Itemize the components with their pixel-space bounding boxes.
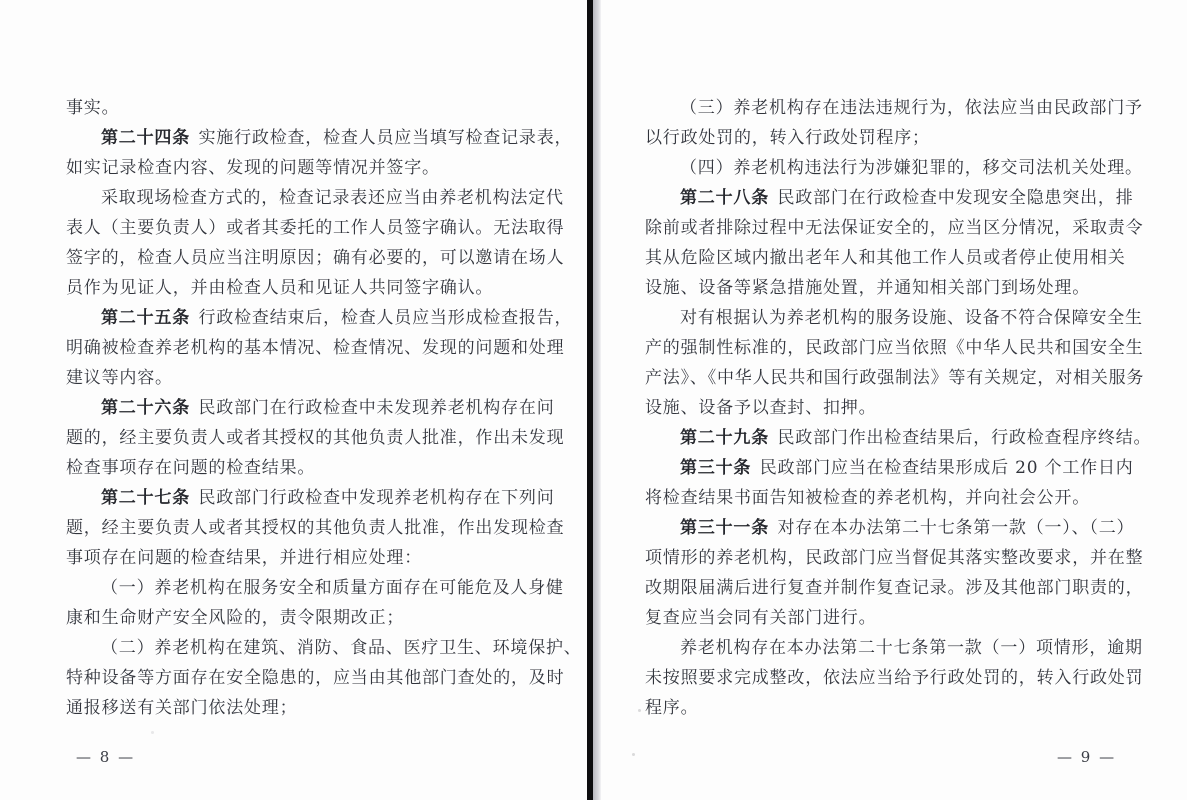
text-line: 康和生命财产安全风险的，责令限期改正； xyxy=(66,603,530,633)
line-text: （四）养老机构违法行为涉嫌犯罪的，移交司法机关处理。 xyxy=(680,158,1143,178)
text-line: 产的强制性标准的，民政部门应当依照《中华人民共和国安全生 xyxy=(645,333,1123,363)
line-text: 未按照要求完成整改，依法应当给予行政处罚的，转入行政处罚 xyxy=(645,668,1143,688)
text-line: 未按照要求完成整改，依法应当给予行政处罚的，转入行政处罚 xyxy=(645,663,1123,693)
article-number: 第二十五条 xyxy=(101,308,190,328)
line-text: 民政部门行政检查中发现养老机构存在下列问 xyxy=(199,488,555,508)
line-text: 明确被检查养老机构的基本情况、检查情况、发现的问题和处理 xyxy=(66,338,564,358)
line-text: 行政检查结束后，检查人员应当形成检查报告， xyxy=(199,308,573,328)
text-line: 养老机构存在本办法第二十七条第一款（一）项情形，逾期 xyxy=(645,633,1123,663)
line-text: 产的强制性标准的，民政部门应当依照《中华人民共和国安全生 xyxy=(645,338,1143,358)
line-text: 员作为见证人，并由检查人员和见证人共同签字确认。 xyxy=(66,278,493,298)
scan-speck xyxy=(638,709,641,712)
page-9: （三）养老机构存在违法违规行为，依法应当由民政部门予以行政处罚的，转入行政处罚程… xyxy=(601,0,1187,800)
text-line: 程序。 xyxy=(645,693,1123,723)
text-line: 通报移送有关部门依法处理； xyxy=(66,693,530,723)
line-text: 设施、设备等紧急措施处置，并通知相关部门到场处理。 xyxy=(645,278,1090,298)
text-line: 第三十条民政部门应当在检查结果形成后 20 个工作日内 xyxy=(645,453,1123,483)
text-line: 题的，经主要负责人或者其授权的其他负责人批准，作出未发现 xyxy=(66,423,530,453)
line-text: 民政部门应当在检查结果形成后 20 个工作日内 xyxy=(760,458,1134,478)
line-text: 民政部门作出检查结果后，行政检查程序终结。 xyxy=(778,428,1152,448)
text-line: 明确被检查养老机构的基本情况、检查情况、发现的问题和处理 xyxy=(66,333,530,363)
text-line: 表人（主要负责人）或者其委托的工作人员签字确认。无法取得 xyxy=(66,213,530,243)
line-text: 题的，经主要负责人或者其授权的其他负责人批准，作出未发现 xyxy=(66,428,564,448)
book-gutter-shadow xyxy=(593,0,601,800)
text-line: 签字的，检查人员应当注明原因；确有必要的，可以邀请在场人 xyxy=(66,243,530,273)
line-text: 以行政处罚的，转入行政处罚程序； xyxy=(645,128,930,148)
text-line: 第二十六条民政部门在行政检查中未发现养老机构存在问 xyxy=(66,393,530,423)
line-text: （三）养老机构存在违法违规行为，依法应当由民政部门予 xyxy=(680,98,1143,118)
line-text: 实施行政检查，检查人员应当填写检查记录表， xyxy=(199,128,573,148)
page-8-text-block: 事实。第二十四条实施行政检查，检查人员应当填写检查记录表，如实记录检查内容、发现… xyxy=(66,93,530,723)
line-text: 对存在本办法第二十七条第一款（一）、（二） xyxy=(778,518,1135,538)
article-number: 第二十七条 xyxy=(101,488,190,508)
text-line: 如实记录检查内容、发现的问题等情况并签字。 xyxy=(66,153,530,183)
article-number: 第三十一条 xyxy=(680,518,769,538)
text-line: 第二十四条实施行政检查，检查人员应当填写检查记录表， xyxy=(66,123,530,153)
text-line: 其从危险区域内撤出老年人和其他工作人员或者停止使用相关 xyxy=(645,243,1123,273)
text-line: 第二十八条民政部门在行政检查中发现安全隐患突出，排 xyxy=(645,183,1123,213)
text-line: 第二十九条民政部门作出检查结果后，行政检查程序终结。 xyxy=(645,423,1123,453)
line-text: 复查应当会同有关部门进行。 xyxy=(645,608,876,628)
scan-speck xyxy=(151,731,154,734)
article-number: 第二十八条 xyxy=(680,188,769,208)
text-line: 复查应当会同有关部门进行。 xyxy=(645,603,1123,633)
line-text: 签字的，检查人员应当注明原因；确有必要的，可以邀请在场人 xyxy=(66,248,564,268)
text-line: 除前或者排除过程中无法保证安全的，应当区分情况，采取责令 xyxy=(645,213,1123,243)
text-line: 项情形的养老机构，民政部门应当督促其落实整改要求，并在整 xyxy=(645,543,1123,573)
article-number: 第二十六条 xyxy=(101,398,190,418)
line-text: 养老机构存在本办法第二十七条第一款（一）项情形，逾期 xyxy=(680,638,1143,658)
line-text: 事实。 xyxy=(66,98,119,118)
text-line: 对有根据认为养老机构的服务设施、设备不符合保障安全生 xyxy=(645,303,1123,333)
line-text: 产法》、《中华人民共和国行政强制法》等有关规定，对相关服务 xyxy=(645,368,1144,388)
text-line: 产法》、《中华人民共和国行政强制法》等有关规定，对相关服务 xyxy=(645,363,1123,393)
line-text: 项情形的养老机构，民政部门应当督促其落实整改要求，并在整 xyxy=(645,548,1143,568)
line-text: 采取现场检查方式的，检查记录表还应当由养老机构法定代 xyxy=(101,188,564,208)
line-text: 设施、设备予以查封、扣押。 xyxy=(645,398,876,418)
article-number: 第二十九条 xyxy=(680,428,769,448)
text-line: （一）养老机构在服务安全和质量方面存在可能危及人身健 xyxy=(66,573,530,603)
text-line: （四）养老机构违法行为涉嫌犯罪的，移交司法机关处理。 xyxy=(645,153,1123,183)
line-text: 事项存在问题的检查结果，并进行相应处理： xyxy=(66,548,422,568)
line-text: 程序。 xyxy=(645,698,698,718)
text-line: 建议等内容。 xyxy=(66,363,530,393)
scanned-document-spread: 事实。第二十四条实施行政检查，检查人员应当填写检查记录表，如实记录检查内容、发现… xyxy=(0,0,1187,800)
line-text: 改期限届满后进行复查并制作复查记录。涉及其他部门职责的， xyxy=(645,578,1143,598)
text-line: 第二十五条行政检查结束后，检查人员应当形成检查报告， xyxy=(66,303,530,333)
scan-speck xyxy=(632,753,635,756)
text-line: 事项存在问题的检查结果，并进行相应处理： xyxy=(66,543,530,573)
article-number: 第三十条 xyxy=(680,458,751,478)
text-line: 检查事项存在问题的检查结果。 xyxy=(66,453,530,483)
line-text: 通报移送有关部门依法处理； xyxy=(66,698,297,718)
article-number: 第二十四条 xyxy=(101,128,190,148)
text-line: （二）养老机构在建筑、消防、食品、医疗卫生、环境保护、 xyxy=(66,633,530,663)
text-line: 设施、设备予以查封、扣押。 xyxy=(645,393,1123,423)
page-number-footer-left: — 8 — xyxy=(76,746,135,768)
line-text: 如实记录检查内容、发现的问题等情况并签字。 xyxy=(66,158,440,178)
page-8: 事实。第二十四条实施行政检查，检查人员应当填写检查记录表，如实记录检查内容、发现… xyxy=(0,0,587,800)
line-text: 对有根据认为养老机构的服务设施、设备不符合保障安全生 xyxy=(680,308,1143,328)
text-line: 改期限届满后进行复查并制作复查记录。涉及其他部门职责的， xyxy=(645,573,1123,603)
line-text: 将检查结果书面告知被检查的养老机构，并向社会公开。 xyxy=(645,488,1090,508)
text-line: 设施、设备等紧急措施处置，并通知相关部门到场处理。 xyxy=(645,273,1123,303)
line-text: 民政部门在行政检查中发现安全隐患突出，排 xyxy=(778,188,1134,208)
text-line: 员作为见证人，并由检查人员和见证人共同签字确认。 xyxy=(66,273,530,303)
page-9-text-block: （三）养老机构存在违法违规行为，依法应当由民政部门予以行政处罚的，转入行政处罚程… xyxy=(645,93,1123,723)
line-text: 检查事项存在问题的检查结果。 xyxy=(66,458,315,478)
text-line: 以行政处罚的，转入行政处罚程序； xyxy=(645,123,1123,153)
text-line: 题，经主要负责人或者其授权的其他负责人批准，作出发现检查 xyxy=(66,513,530,543)
line-text: 除前或者排除过程中无法保证安全的，应当区分情况，采取责令 xyxy=(645,218,1143,238)
page-number-footer-right: — 9 — xyxy=(1057,746,1116,768)
text-line: （三）养老机构存在违法违规行为，依法应当由民政部门予 xyxy=(645,93,1123,123)
line-text: （二）养老机构在建筑、消防、食品、医疗卫生、环境保护、 xyxy=(101,638,582,658)
line-text: （一）养老机构在服务安全和质量方面存在可能危及人身健 xyxy=(101,578,564,598)
line-text: 其从危险区域内撤出老年人和其他工作人员或者停止使用相关 xyxy=(645,248,1126,268)
text-line: 第二十七条民政部门行政检查中发现养老机构存在下列问 xyxy=(66,483,530,513)
line-text: 康和生命财产安全风险的，责令限期改正； xyxy=(66,608,404,628)
text-line: 采取现场检查方式的，检查记录表还应当由养老机构法定代 xyxy=(66,183,530,213)
text-line: 事实。 xyxy=(66,93,530,123)
text-line: 第三十一条对存在本办法第二十七条第一款（一）、（二） xyxy=(645,513,1123,543)
line-text: 表人（主要负责人）或者其委托的工作人员签字确认。无法取得 xyxy=(66,218,564,238)
line-text: 建议等内容。 xyxy=(66,368,173,388)
line-text: 题，经主要负责人或者其授权的其他负责人批准，作出发现检查 xyxy=(66,518,564,538)
line-text: 特种设备等方面存在安全隐患的，应当由其他部门查处的，及时 xyxy=(66,668,564,688)
line-text: 民政部门在行政检查中未发现养老机构存在问 xyxy=(199,398,555,418)
text-line: 特种设备等方面存在安全隐患的，应当由其他部门查处的，及时 xyxy=(66,663,530,693)
text-line: 将检查结果书面告知被检查的养老机构，并向社会公开。 xyxy=(645,483,1123,513)
